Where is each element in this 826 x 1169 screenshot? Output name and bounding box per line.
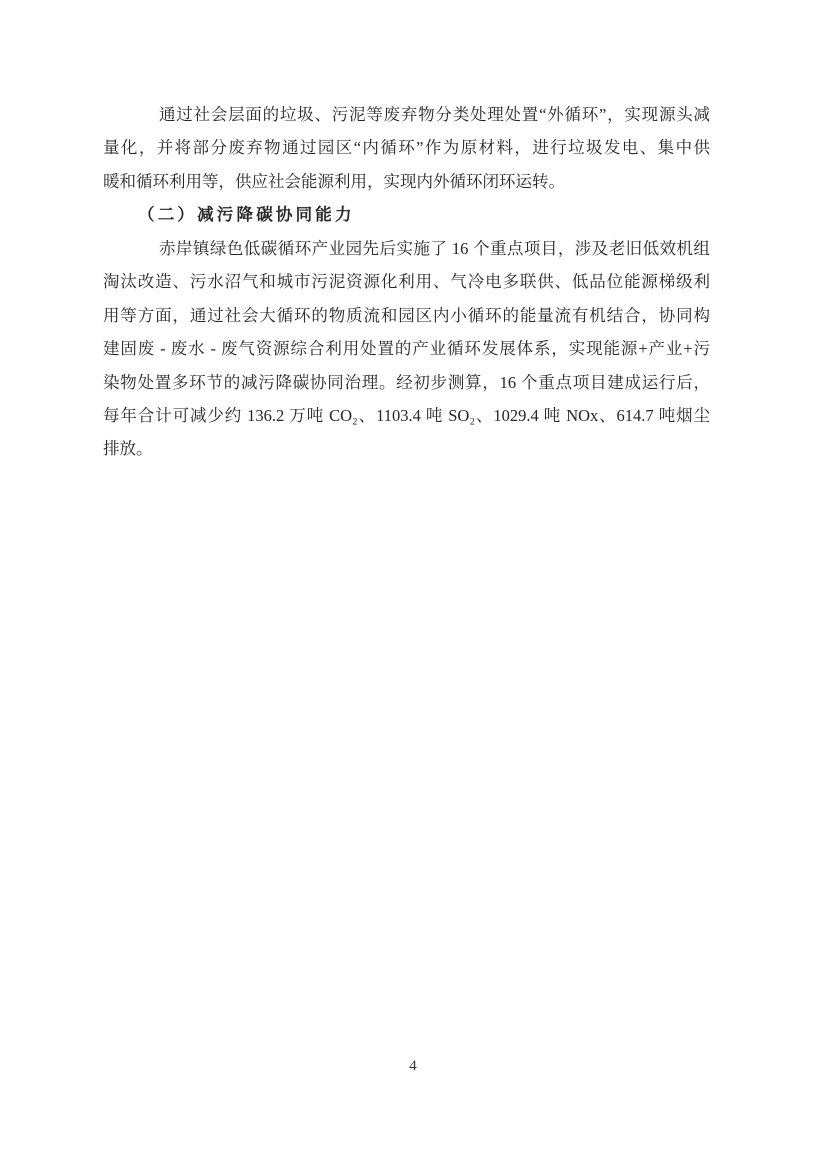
paragraph-line: 染物处置多环节的减污降碳协同治理。经初步测算，16 个重点项目建成运行后， [103,366,710,399]
paragraph-line: 排放。 [103,432,710,465]
paragraph-line: 淘汰改造、污水沼气和城市污泥资源化利用、气冷电多联供、低品位能源梯级利 [103,265,710,298]
paragraph-line: 每年合计可减少约 136.2 万吨 CO₂、1103.4 吨 SO₂、1029.… [103,399,710,432]
document-page: 通过社会层面的垃圾、污泥等废弃物分类处理处置“外循环”，实现源头减 量化，并将部… [0,0,826,1169]
paragraph-line: 暖和循环利用等，供应社会能源利用，实现内外循环闭环运转。 [103,165,710,198]
paragraph-line: 建固废 - 废水 - 废气资源综合利用处置的产业循环发展体系，实现能源+产业+污 [103,332,710,365]
paragraph-line: 赤岸镇绿色低碳循环产业园先后实施了 16 个重点项目，涉及老旧低效机组 [103,232,710,265]
paragraph-line: 量化，并将部分废弃物通过园区“内循环”作为原材料，进行垃圾发电、集中供 [103,131,710,164]
paragraph-line: 用等方面，通过社会大循环的物质流和园区内小循环的能量流有机结合，协同构 [103,299,710,332]
section-heading: （二）减污降碳协同能力 [103,198,710,231]
paragraph-line: 通过社会层面的垃圾、污泥等废弃物分类处理处置“外循环”，实现源头减 [103,98,710,131]
page-number: 4 [0,1058,826,1075]
text-block: 通过社会层面的垃圾、污泥等废弃物分类处理处置“外循环”，实现源头减 量化，并将部… [103,98,710,466]
